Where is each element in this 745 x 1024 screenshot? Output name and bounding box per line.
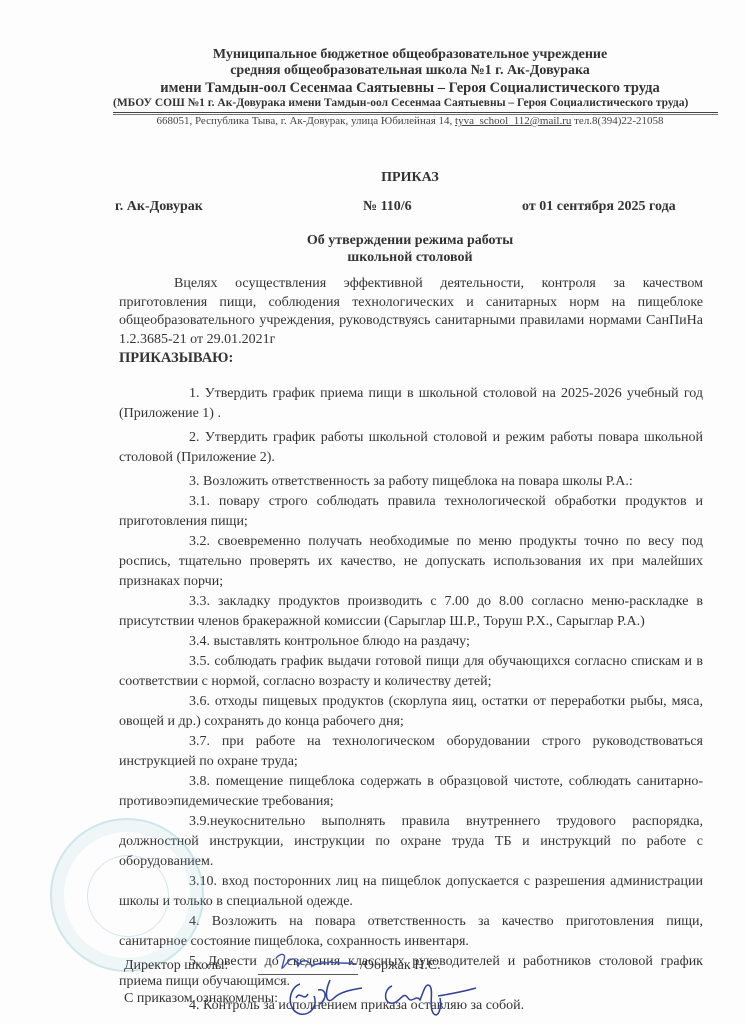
org-name-line2: средняя общеобразовательная школа №1 г. … [100, 63, 720, 79]
director-signature [272, 950, 362, 976]
header-divider [113, 112, 718, 113]
phone-text: тел.8(394)22-21058 [574, 115, 663, 127]
order-item: 3.5. соблюдать график выдачи готовой пищ… [119, 652, 703, 692]
order-number: № 110/6 [363, 199, 412, 215]
school-stamp [50, 818, 204, 972]
intro-paragraph: Вцелях осуществления эффективной деятель… [119, 275, 703, 349]
order-item: 3.10. вход посторонних лиц на пищеблок д… [119, 872, 703, 912]
acknowledgment-signature-2 [378, 978, 478, 1022]
order-subject: Об утверждении режима работы школьной ст… [100, 232, 720, 266]
order-item: 4. Возложить на повара ответственность з… [119, 912, 703, 952]
order-item: 3.3. закладку продуктов производить с 7.… [119, 592, 703, 632]
org-name-line3: имени Тамдын-оол Сесенмаа Саятыевны – Ге… [100, 80, 720, 97]
order-item: 3. Возложить ответственность за работу п… [119, 472, 703, 492]
director-label: Директор школы: [124, 958, 228, 974]
subject-line2: школьной столовой [100, 249, 720, 266]
acknowledgment-signature-1 [284, 976, 364, 1022]
order-item: 3.8. помещение пищеблока содержать в обр… [119, 772, 703, 812]
email-link[interactable]: tyva_school_112@mail.ru [455, 115, 571, 127]
org-name-line1: Муниципальное бюджетное общеобразователь… [100, 47, 720, 63]
org-address: 668051, Республика Тыва, г. Ак-Довурак, … [100, 115, 720, 127]
order-title: ПРИКАЗ [100, 170, 720, 186]
order-item: 1. Утвердить график приема пищи в школьн… [119, 384, 703, 424]
address-text: 668051, Республика Тыва, г. Ак-Довурак, … [156, 115, 452, 127]
order-item: 3.7. при работе на технологическом обору… [119, 732, 703, 772]
order-items: 1. Утвердить график приема пищи в школьн… [119, 384, 703, 1016]
order-item: 3.6. отходы пищевых продуктов (скорлупа … [119, 692, 703, 732]
order-date: от 01 сентября 2025 года [522, 199, 676, 215]
acknowledged-label: С приказом ознакомлены: [124, 991, 278, 1007]
order-item: 2. Утвердить график работы школьной стол… [119, 428, 703, 468]
order-city: г. Ак-Довурак [115, 199, 203, 215]
director-name: /Ооржак Н.С. [360, 958, 441, 974]
org-short-name: (МБОУ СОШ №1 г. Ак-Довурака имени Тамдын… [113, 97, 713, 109]
stamp-inner-ring [87, 855, 169, 937]
order-item: 3.9.неукоснительно выполнять правила вну… [119, 812, 703, 872]
orders-heading: ПРИКАЗЫВАЮ: [119, 350, 233, 367]
document-page: Муниципальное бюджетное общеобразователь… [0, 0, 745, 1024]
order-item: 3.2. своевременно получать необходимые п… [119, 532, 703, 592]
subject-line1: Об утверждении режима работы [100, 232, 720, 249]
order-item: 3.4. выставлять контрольное блюдо на раз… [119, 632, 703, 652]
order-item: 3.1. повару строго соблюдать правила тех… [119, 492, 703, 532]
